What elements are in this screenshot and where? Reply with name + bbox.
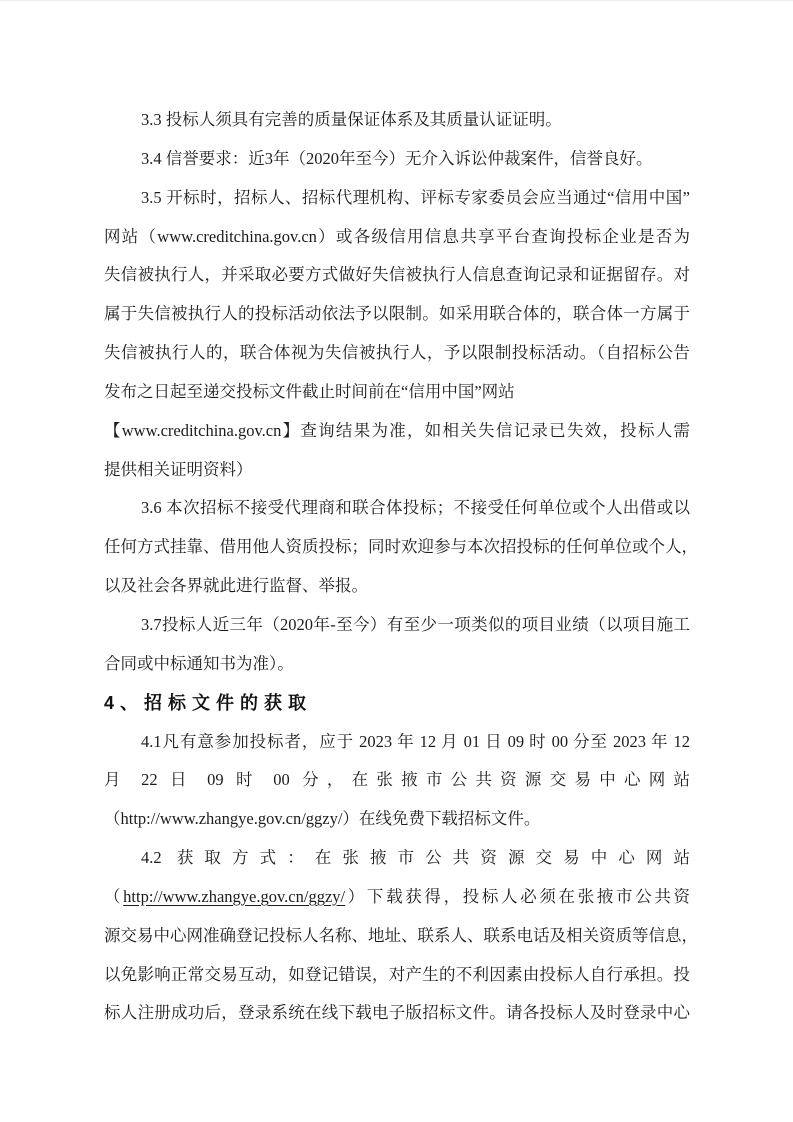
clause-3-7-line-1: 3.7投标人近三年（2020年-至今）有至少一项类似的项目业绩（以项目施工	[104, 606, 690, 645]
clause-3-5-line-5: 失信被执行人的，联合体视为失信被执行人，予以限制投标活动。（自招标公告	[104, 334, 690, 373]
clause-4-2-line-3: 源交易中心网准确登记投标人名称、地址、联系人、联系电话及相关资质等信息，	[104, 917, 690, 956]
clause-3-5-line-8: 提供相关证明资料）	[104, 451, 690, 490]
clause-3-5-line-7: 【www.creditchina.gov.cn】查询结果为准，如相关失信记录已失…	[104, 412, 690, 451]
paren-open: （	[104, 887, 123, 906]
document-body: 3.3 投标人须具有完善的质量保证体系及其质量认证证明。 3.4 信誉要求：近3…	[104, 101, 690, 1033]
clause-3-6-line-2: 任何方式挂靠、借用他人资质投标；同时欢迎参与本次招投标的任何单位或个人，	[104, 528, 690, 567]
clause-3-6-line-3: 以及社会各界就此进行监督、举报。	[104, 567, 690, 606]
clause-3-5-line-6: 发布之日起至递交投标文件截止时间前在“信用中国”网站	[104, 373, 690, 412]
clause-4-2-line-4: 以免影响正常交易互动，如登记错误，对产生的不利因素由投标人自行承担。投	[104, 956, 690, 995]
clause-3-7-line-2: 合同或中标通知书为准）。	[104, 645, 690, 684]
section-4-heading: 4、招标文件的获取	[104, 684, 690, 723]
clause-3-5-line-2: 网站（www.creditchina.gov.cn）或各级信用信息共享平台查询投…	[104, 218, 690, 257]
clause-3-6-line-1: 3.6 本次招标不接受代理商和联合体投标；不接受任何单位或个人出借或以	[104, 489, 690, 528]
clause-3-5-line-3: 失信被执行人，并采取必要方式做好失信被执行人信息查询记录和证据留存。对	[104, 256, 690, 295]
clause-4-1-line-2: 月 22 日 09 时 00 分，在张掖市公共资源交易中心网站	[104, 761, 690, 800]
clause-4-1-line-3: （http://www.zhangye.gov.cn/ggzy/）在线免费下载招…	[104, 800, 690, 839]
clause-3-5-line-4: 属于失信被执行人的投标活动依法予以限制。如采用联合体的，联合体一方属于	[104, 295, 690, 334]
clause-4-2-line-2: （http://www.zhangye.gov.cn/ggzy/）下载获得，投标…	[104, 878, 690, 917]
clause-4-2-line-1: 4.2 获取方式：在张掖市公共资源交易中心网站	[104, 839, 690, 878]
clause-4-2-line-5: 标人注册成功后，登录系统在线下载电子版招标文件。请各投标人及时登录中心	[104, 994, 690, 1033]
document-page: 3.3 投标人须具有完善的质量保证体系及其质量认证证明。 3.4 信誉要求：近3…	[0, 0, 793, 1122]
clause-3-4: 3.4 信誉要求：近3年（2020年至今）无介入诉讼仲裁案件，信誉良好。	[104, 140, 690, 179]
clause-3-3: 3.3 投标人须具有完善的质量保证体系及其质量认证证明。	[104, 101, 690, 140]
clause-4-1-line-1: 4.1凡有意参加投标者，应于 2023 年 12 月 01 日 09 时 00 …	[104, 723, 690, 762]
clause-4-2-line-2-rest: ）下载获得，投标人必须在张掖市公共资	[345, 887, 690, 906]
clause-3-5-line-1: 3.5 开标时，招标人、招标代理机构、评标专家委员会应当通过“信用中国”	[104, 179, 690, 218]
download-url-link[interactable]: http://www.zhangye.gov.cn/ggzy/	[123, 887, 345, 906]
